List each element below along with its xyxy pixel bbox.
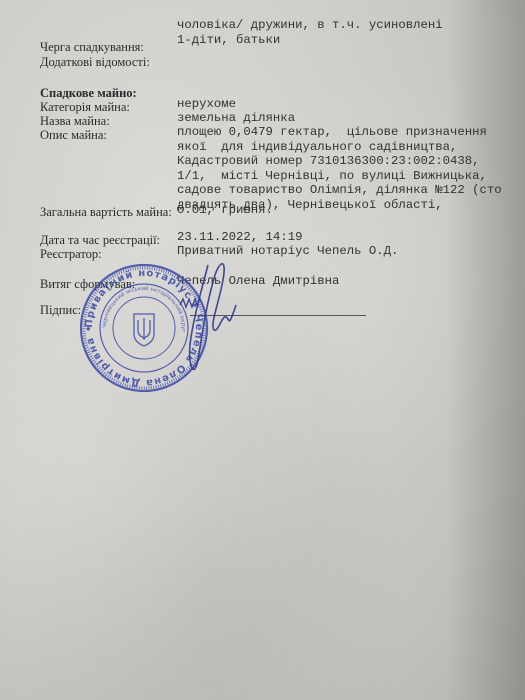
signature-label: Підпис: <box>40 303 81 318</box>
property-description-line-1: площею 0,0479 гектар, цільове призначенн… <box>177 125 487 140</box>
property-description-line-3: Кадастровий номер 7310136300:23:002:0438… <box>177 154 480 169</box>
inheritance-order-label: Черга спадкування: <box>40 40 144 55</box>
handwritten-signature <box>170 255 250 385</box>
property-category-value: нерухоме <box>177 97 236 112</box>
property-category-label: Категорія майна: <box>40 100 130 115</box>
property-description-line-2: якої для індивідуального садівництва, <box>177 140 457 155</box>
section-heading: Спадкове майно: <box>40 86 137 101</box>
additional-info-label: Додаткові відомості: <box>40 55 150 70</box>
registration-date-value: 23.11.2022, 14:19 <box>177 230 302 245</box>
total-value-label: Загальна вартість майна: <box>40 205 172 220</box>
property-description-line-4: 1/1, місті Чернівці, по вулиці Вижницька… <box>177 169 487 184</box>
property-description-label: Опис майна: <box>40 128 107 143</box>
continued-text: чоловіка/ дружини, в т.ч. усиновлені <box>177 18 443 33</box>
registrar-label: Реєстратор: <box>40 247 102 262</box>
inheritance-order-value: 1-діти, батьки <box>177 33 280 48</box>
trident-emblem-icon <box>134 314 154 346</box>
registration-date-label: Дата та час реєстрації: <box>40 233 160 248</box>
property-name-value: земельна ділянка <box>177 111 295 126</box>
property-description-line-5: садове товариство Олімпія, ділянка №122 … <box>177 183 502 198</box>
total-value-value: 0.01, гривня. <box>177 203 273 218</box>
property-name-label: Назва майна: <box>40 114 110 129</box>
